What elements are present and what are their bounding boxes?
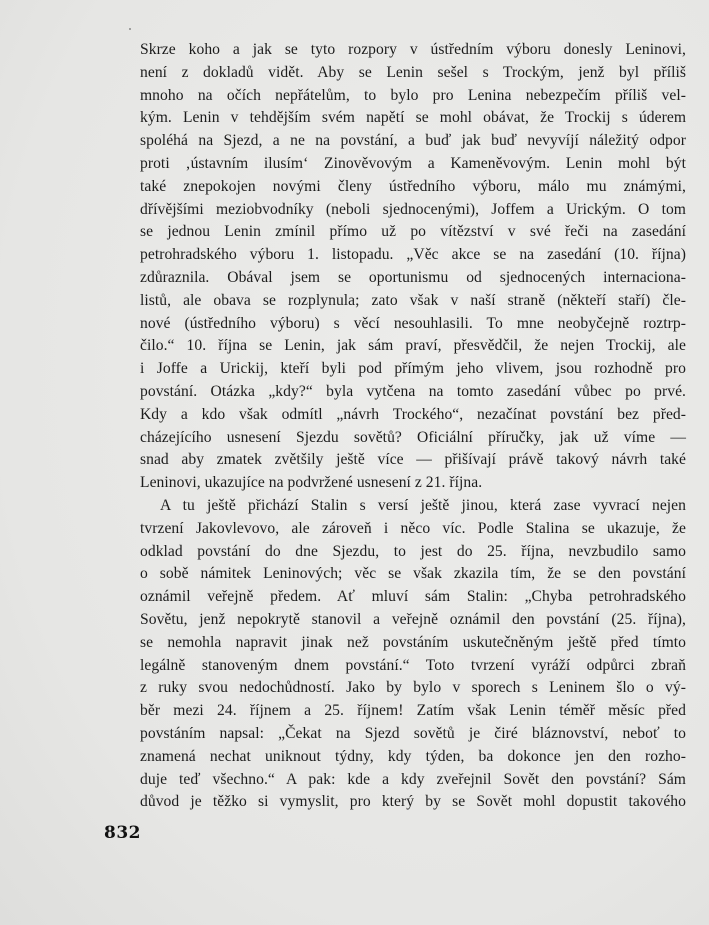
text-line: se jednou Lenin zmínil přímo už po vítěz… (140, 221, 686, 244)
text-line: nové (ústředního výboru) s věcí nesouhla… (140, 313, 686, 336)
text-line: petrohradského výboru 1. listopadu. „Věc… (140, 244, 686, 267)
text-line: z ruky svou nedochůdností. Jako by bylo … (140, 677, 686, 700)
text-line: důvod je těžko si vymyslit, pro který by… (140, 791, 686, 814)
text-line: listů, ale obava se rozplynula; zato vša… (140, 290, 686, 313)
text-line: zdůraznila. Obával jsem se oportunismu o… (140, 267, 686, 290)
text-line: Kdy a kdo však odmítl „návrh Trockého“, … (140, 404, 686, 427)
text-line: znamená nechat uniknout týdny, kdy týden… (140, 746, 686, 769)
text-line: povstáním napsal: „Čekat na Sjezd sovětů… (140, 723, 686, 746)
page-number: 832 (104, 823, 141, 843)
text-line: cházejícího usnesení Sjezdu sovětů? Ofic… (140, 427, 686, 450)
text-line: o sobě námitek Leninových; věc se však z… (140, 563, 686, 586)
paper-speck (129, 28, 131, 30)
text-line: snad aby zmatek zvětšily ještě více — př… (140, 449, 686, 472)
text-line: se nemohla napravit jinak než povstáním … (140, 632, 686, 655)
text-line: i Joffe a Urickij, kteří byli pod přímým… (140, 358, 686, 381)
text-line: Skrze koho a jak se tyto rozpory v ústře… (140, 39, 686, 62)
text-line: běr mezi 24. říjnem a 25. říjnem! Zatím … (140, 700, 686, 723)
text-line: také znepokojen novými členy ústředního … (140, 176, 686, 199)
text-line: kým. Lenin v tehdějším svém napětí se mo… (140, 107, 686, 130)
book-page: Skrze koho a jak se tyto rozpory v ústře… (0, 0, 709, 925)
text-line: tvrzení Jakovlevovo, ale zároveň i něco … (140, 518, 686, 541)
text-line: spoléhá na Sjezd, a ne na povstání, a bu… (140, 130, 686, 153)
body-text: Skrze koho a jak se tyto rozpory v ústře… (140, 39, 686, 814)
text-line: legálně stanoveným dnem povstání.“ Toto … (140, 655, 686, 678)
text-line: Leninovi, ukazujíce na podvržené usnesen… (140, 472, 686, 495)
text-line: dřívějšími meziobvodníky (neboli sjednoc… (140, 199, 686, 222)
text-line: není z dokladů vidět. Aby se Lenin sešel… (140, 62, 686, 85)
text-line: Sovětu, jenž nepokrytě stanovil a veřejn… (140, 609, 686, 632)
text-line: čilo.“ 10. října se Lenin, jak sám praví… (140, 335, 686, 358)
text-line: povstání. Otázka „kdy?“ byla vytčena na … (140, 381, 686, 404)
text-line: oznámil veřejně předem. Ať mluví sám Sta… (140, 586, 686, 609)
text-line: mnoho na očích nepřátelům, to bylo pro L… (140, 85, 686, 108)
text-line: odklad povstání do dne Sjezdu, to jest d… (140, 541, 686, 564)
text-line: A tu ještě přichází Stalin s versí ještě… (140, 495, 686, 518)
text-line: proti ‚ústavním ilusím‘ Zinověvovým a Ka… (140, 153, 686, 176)
text-line: duje teď všechno.“ A pak: kde a kdy zveř… (140, 769, 686, 792)
